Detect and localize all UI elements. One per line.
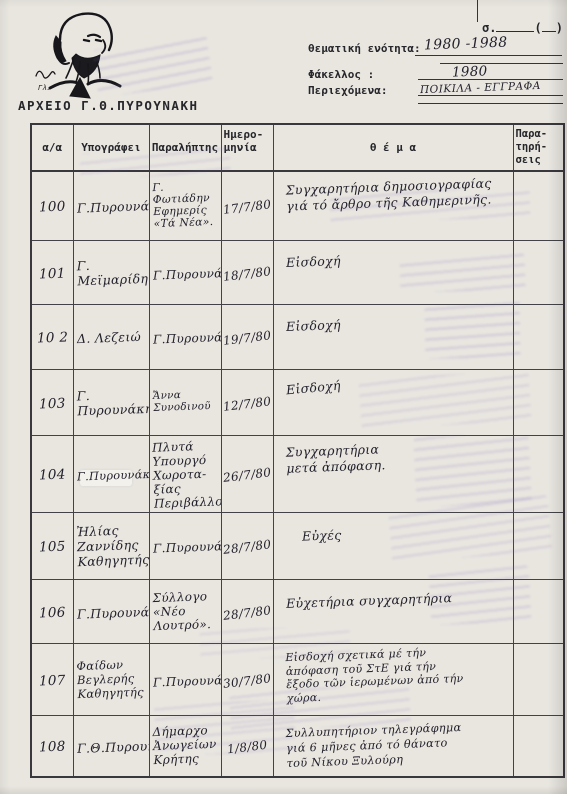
- table-header-row: α/α Υπογράφει Παραλήπτης Ημερο- μηνία θ …: [31, 124, 564, 171]
- page-number-field: σ.(): [482, 20, 563, 35]
- cell-subject: Συγχαρητήρια δημοσιογραφίας γιά τό ἄρθρο…: [273, 171, 513, 240]
- cell-aa: 106: [31, 579, 73, 643]
- cell-signer: Δ. Λεζειώ: [73, 304, 149, 369]
- col-header-label: θ έ μ α: [370, 141, 416, 154]
- cell-recipient: Γ.Πυρουνάκης: [149, 240, 221, 304]
- cell-signer: Γ.Πυρουνάκης: [73, 171, 149, 240]
- sigma-label: σ.: [482, 21, 496, 35]
- cell-aa: 104: [31, 435, 73, 512]
- field-rule: [418, 103, 563, 104]
- recipient-text: Σύλλογο «Νέο Λουτρό».: [152, 588, 218, 632]
- table-row: 106 Γ.Πυρουνάκης Σύλλογο «Νέο Λουτρό». 2…: [31, 579, 564, 643]
- sigma-paren-blank: [542, 20, 556, 32]
- col-header-label: α/α: [42, 141, 62, 154]
- date-text: 1/8/80: [226, 738, 268, 757]
- signer-text: Φαίδων Βεγλερής Καθηγητής: [76, 656, 144, 700]
- field-rule: [418, 79, 563, 80]
- col-header-subject: θ έ μ α: [273, 124, 513, 171]
- cell-signer: Φαίδων Βεγλερής Καθηγητής: [73, 643, 149, 715]
- cell-signer: Γ.Πυρουνάκης: [73, 435, 149, 512]
- cell-signer: Γ. Πυρουνάκης: [73, 369, 149, 435]
- recipient-text: Γ.Πυρουνάκης: [152, 538, 221, 555]
- cell-subject: Εἰσδοχή: [273, 369, 513, 435]
- subject-text: Εἰσδοχή: [285, 317, 340, 335]
- aa-text: 100: [39, 199, 66, 216]
- recipient-text: Γ.Πυρουνάκης: [152, 265, 221, 282]
- subject-text: Εὐχετήρια συγχαρητήρια: [285, 590, 452, 612]
- table-row: 103 Γ. Πυρουνάκης Ἄννα Συνοδινοῦ 12/7/80…: [31, 369, 564, 435]
- cell-recipient: Γ.Πυρουνάκης: [149, 643, 221, 715]
- aa-text: 108: [39, 739, 66, 756]
- cell-signer: Γ. Μεϊμαρίδης: [73, 240, 149, 304]
- cell-notes: [513, 579, 564, 643]
- cell-aa: 107: [31, 643, 73, 715]
- col-header-notes: Παρα- τηρή- σεις: [513, 124, 564, 171]
- archive-title: ΑΡΧΕΙΟ Γ.Θ.ΠΥΡΟΥΝΑΚΗ: [18, 98, 199, 113]
- cell-notes: [513, 304, 564, 369]
- sketch-signature: Γλ.: [38, 84, 51, 92]
- portrait-sketch: Γλ.: [26, 6, 144, 100]
- aa-text: 101: [39, 265, 66, 282]
- col-header-aa: α/α: [31, 124, 73, 171]
- table-row: 104 Γ.Πυρουνάκης Πλυτά Υπουργό Χωροτα- ξ…: [31, 435, 564, 512]
- cell-aa: 103: [31, 369, 73, 435]
- cell-aa: 101: [31, 240, 73, 304]
- subject-text: Συλλυπητήριον τηλεγράφημα γιά 6 μῆνες ἀπ…: [285, 719, 462, 770]
- cell-notes: [513, 715, 564, 777]
- cell-notes: [513, 171, 564, 240]
- date-text: 28/7/80: [222, 603, 272, 623]
- aa-text: 104: [39, 467, 66, 484]
- recipient-text: Γ. Φωτιάδην Εφημερίς «Τά Νέα».: [152, 180, 219, 230]
- col-header-label: Παρα- τηρή- σεις: [516, 128, 548, 166]
- cell-date: 28/7/80: [221, 512, 273, 579]
- date-text: 30/7/80: [222, 671, 272, 691]
- table-row: 107 Φαίδων Βεγλερής Καθηγητής Γ.Πυρουνάκ…: [31, 643, 564, 715]
- col-header-signer: Υπογράφει: [73, 124, 149, 171]
- cell-subject: Εἰσδοχή: [273, 304, 513, 369]
- recipient-text: Ἄννα Συνοδινοῦ: [152, 389, 210, 414]
- signer-text: Γ.Πυρουνάκης: [76, 603, 149, 621]
- signer-text: Γ.Θ.Πυρουνάκης: [76, 737, 149, 756]
- recipient-text: Δήμαρχο Ἀνωγείων Κρήτης: [152, 723, 217, 767]
- cell-signer: Γ.Πυρουνάκης: [73, 579, 149, 643]
- cell-signer: Ἠλίας Ζαννίδης Καθηγητής: [73, 512, 149, 579]
- cell-subject: Συλλυπητήριον τηλεγράφημα γιά 6 μῆνες ἀπ…: [273, 715, 513, 777]
- cell-subject: Εἰσδοχή: [273, 240, 513, 304]
- col-header-date: Ημερο- μηνία: [221, 124, 273, 171]
- cell-subject: Εὐχές: [273, 512, 513, 579]
- cell-aa: 105: [31, 512, 73, 579]
- col-header-recipient: Παραλήπτης: [149, 124, 221, 171]
- date-text: 28/7/80: [222, 537, 272, 557]
- field-label-contents: Περιεχόμενα:: [308, 84, 387, 97]
- cell-date: 17/7/80: [221, 171, 273, 240]
- cell-notes: [513, 435, 564, 512]
- cell-date: 12/7/80: [221, 369, 273, 435]
- cell-date: 26/7/80: [221, 435, 273, 512]
- cell-recipient: Σύλλογο «Νέο Λουτρό».: [149, 579, 221, 643]
- signer-text: Ἠλίας Ζαννίδης Καθηγητής: [76, 521, 149, 568]
- sigma-blank: [496, 20, 534, 32]
- cell-aa: 108: [31, 715, 73, 777]
- cell-aa: 100: [31, 171, 73, 240]
- cell-notes: [513, 240, 564, 304]
- cell-subject: Εὐχετήρια συγχαρητήρια: [273, 579, 513, 643]
- cell-notes: [513, 643, 564, 715]
- aa-text: 106: [39, 604, 66, 621]
- field-value-thematic-unit: 1980 -1988: [424, 35, 508, 54]
- subject-text: Συγχαρητήρια δημοσιογραφίας γιά τό ἄρθρο…: [285, 175, 492, 214]
- cell-date: 18/7/80: [221, 240, 273, 304]
- table-row: 101 Γ. Μεϊμαρίδης Γ.Πυρουνάκης 18/7/80 Ε…: [31, 240, 564, 304]
- date-text: 26/7/80: [222, 465, 272, 485]
- cell-date: 1/8/80: [221, 715, 273, 777]
- recipient-text: Γ.Πυρουνάκης: [152, 672, 221, 689]
- cell-signer: Γ.Θ.Πυρουνάκης: [73, 715, 149, 777]
- date-text: 18/7/80: [222, 264, 272, 284]
- cell-recipient: Γ. Φωτιάδην Εφημερίς «Τά Νέα».: [149, 171, 221, 240]
- aa-text: 10 2: [36, 329, 68, 346]
- recipient-text: Πλυτά Υπουργό Χωροτα- ξίας Περιβάλλοντος: [151, 437, 221, 510]
- aa-text: 103: [39, 395, 66, 412]
- cell-subject: Συγχαρητήρια μετά ἀπόφαση.: [273, 435, 513, 512]
- signer-text: Δ. Λεζειώ: [76, 329, 140, 346]
- subject-text: Εὐχές: [301, 527, 341, 544]
- sigma-paren-open: (: [534, 21, 541, 35]
- cell-recipient: Γ.Πυρουνάκης: [149, 512, 221, 579]
- col-header-label: Ημερο- μηνία: [224, 128, 264, 154]
- signer-text: Γ.Πυρουνάκης: [76, 198, 149, 216]
- cell-recipient: Δήμαρχο Ἀνωγείων Κρήτης: [149, 715, 221, 777]
- subject-text: Εἰσδοχή σχετικά μέ τήν ἀπόφαση τοῦ ΣτΕ γ…: [285, 644, 464, 704]
- cell-date: 19/7/80: [221, 304, 273, 369]
- col-header-label: Παραλήπτης: [152, 141, 218, 154]
- col-header-label: Υπογράφει: [81, 141, 141, 154]
- date-text: 19/7/80: [222, 328, 272, 348]
- table-row: 10 2 Δ. Λεζειώ Γ.Πυρουνάκης 19/7/80 Εἰσδ…: [31, 304, 564, 369]
- field-rule: [415, 55, 562, 56]
- signer-text: Γ. Πυρουνάκης: [76, 385, 149, 418]
- cell-notes: [513, 512, 564, 579]
- subject-text: Εἰσδοχή: [285, 377, 341, 398]
- date-text: 12/7/80: [222, 394, 272, 414]
- sigma-paren-close: ): [556, 21, 563, 35]
- cell-date: 30/7/80: [221, 643, 273, 715]
- cell-recipient: Πλυτά Υπουργό Χωροτα- ξίας Περιβάλλοντος: [149, 435, 221, 512]
- field-label-folder: Φάκελλος :: [308, 68, 374, 81]
- field-label-thematic-unit: θεματική ενότητα:: [308, 42, 421, 55]
- table-row: 100 Γ.Πυρουνάκης Γ. Φωτιάδην Εφημερίς «Τ…: [31, 171, 564, 240]
- recipient-text: Γ.Πυρουνάκης: [152, 329, 221, 346]
- cell-aa: 10 2: [31, 304, 73, 369]
- date-text: 17/7/80: [222, 197, 272, 217]
- cell-recipient: Γ.Πυρουνάκης: [149, 304, 221, 369]
- signer-text: Γ. Μεϊμαρίδης: [76, 255, 149, 288]
- table-row: 105 Ἠλίας Ζαννίδης Καθηγητής Γ.Πυρουνάκη…: [31, 512, 564, 579]
- subject-text: Εἰσδοχή: [285, 253, 340, 271]
- field-rule: [418, 95, 563, 96]
- cell-recipient: Ἄννα Συνοδινοῦ: [149, 369, 221, 435]
- scanned-archive-register-page: Γλ. ΑΡΧΕΙΟ Γ.Θ.ΠΥΡΟΥΝΑΚΗ σ.() θεματική ε…: [0, 0, 567, 794]
- table-row: 108 Γ.Θ.Πυρουνάκης Δήμαρχο Ἀνωγείων Κρήτ…: [31, 715, 564, 777]
- signer-text: Γ.Πυρουνάκης: [76, 467, 149, 484]
- corner-rule-vertical: [477, 0, 478, 22]
- field-value-contents: ΠΟΙΚΙΛΑ - ΕΓΓΡΑΦΑ: [420, 80, 541, 96]
- register-table: α/α Υπογράφει Παραλήπτης Ημερο- μηνία θ …: [30, 123, 565, 778]
- subject-text: Συγχαρητήρια μετά ἀπόφαση.: [285, 441, 385, 476]
- aa-text: 107: [39, 672, 66, 689]
- cell-subject: Εἰσδοχή σχετικά μέ τήν ἀπόφαση τοῦ ΣτΕ γ…: [273, 643, 513, 715]
- aa-text: 105: [39, 539, 66, 556]
- cell-notes: [513, 369, 564, 435]
- cell-date: 28/7/80: [221, 579, 273, 643]
